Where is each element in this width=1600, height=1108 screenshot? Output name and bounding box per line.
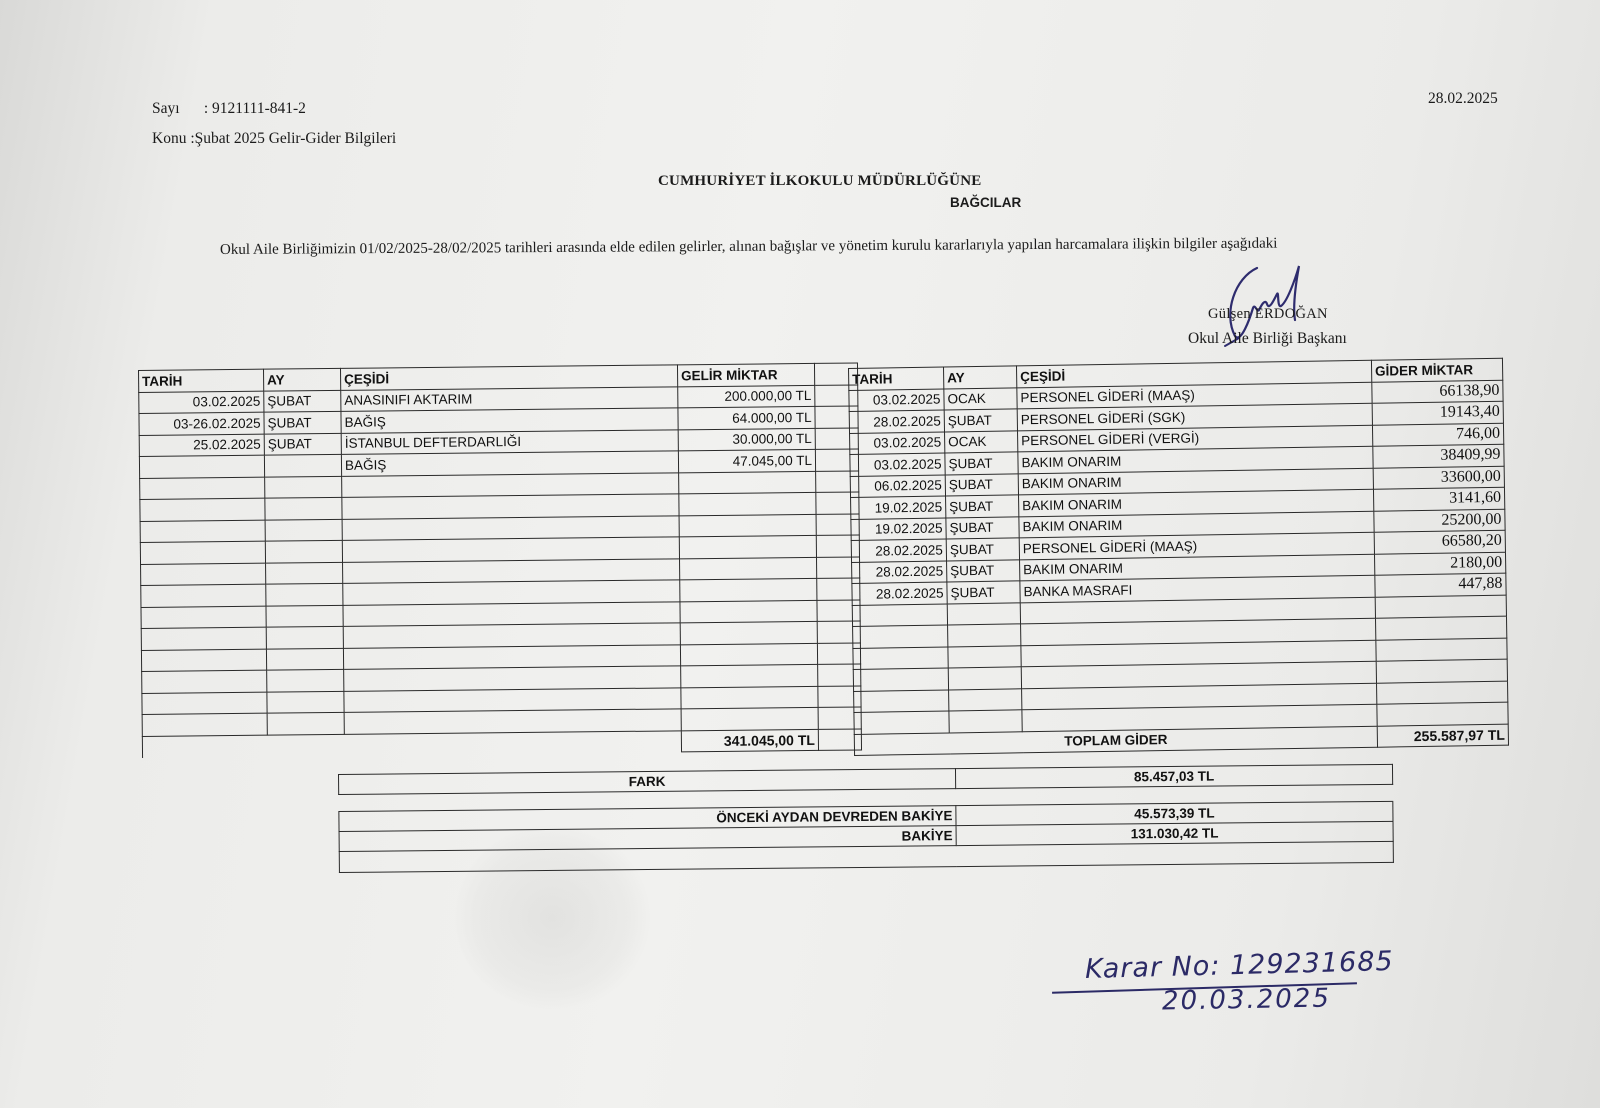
document-page: Sayı : 9121111-841-2 Konu :Şubat 2025 Ge… bbox=[0, 0, 1600, 1108]
income-header-month: AY bbox=[263, 368, 340, 390]
empty-cell bbox=[948, 645, 1021, 668]
expense-date: 28.02.2025 bbox=[852, 582, 947, 605]
expense-month: OCAK bbox=[944, 387, 1017, 410]
empty-cell bbox=[140, 541, 265, 564]
expense-total: 255.587,97 TL bbox=[1377, 724, 1508, 748]
empty-cell bbox=[949, 710, 1022, 733]
expense-header-date: TARİH bbox=[849, 367, 944, 390]
konu-line: Konu :Şubat 2025 Gelir-Gider Bilgileri bbox=[152, 124, 396, 154]
empty-cell bbox=[140, 520, 265, 543]
income-month: ŞUBAT bbox=[264, 390, 341, 412]
empty-cell bbox=[266, 648, 343, 670]
empty-cell bbox=[679, 492, 816, 515]
addressee-subtitle: BAĞCILAR bbox=[950, 195, 1021, 210]
empty-cell bbox=[1376, 638, 1507, 662]
handwritten-decision-date: 20.03.2025 bbox=[1162, 984, 1331, 1017]
expense-header-month: AY bbox=[943, 366, 1016, 389]
empty-cell bbox=[142, 670, 267, 693]
empty-cell bbox=[680, 600, 817, 623]
empty-cell bbox=[265, 540, 342, 562]
income-month bbox=[264, 454, 341, 476]
empty-cell bbox=[141, 649, 266, 672]
expense-date: 28.02.2025 bbox=[849, 410, 944, 433]
empty-cell bbox=[852, 603, 947, 626]
expense-month: ŞUBAT bbox=[947, 581, 1020, 604]
income-date: 03-26.02.2025 bbox=[139, 412, 264, 435]
sayi-value: : 9121111-841-2 bbox=[204, 100, 306, 117]
empty-cell bbox=[680, 557, 817, 580]
signatory-title: Okul Aile Birliği Başkanı bbox=[1188, 330, 1347, 348]
empty-cell bbox=[1376, 659, 1507, 683]
empty-cell bbox=[141, 584, 266, 607]
expense-header-amount: GİDER MİKTAR bbox=[1371, 358, 1502, 382]
expense-month: ŞUBAT bbox=[945, 473, 1018, 496]
empty-cell bbox=[680, 621, 817, 644]
empty-cell bbox=[853, 668, 948, 691]
income-total-spacer bbox=[142, 730, 681, 757]
income-month: ŞUBAT bbox=[264, 411, 341, 433]
expense-date: 28.02.2025 bbox=[851, 539, 946, 562]
empty-cell bbox=[141, 627, 266, 650]
summary-table: FARK 85.457,03 TL ÖNCEKİ AYDAN DEVREDEN … bbox=[338, 764, 1394, 873]
empty-cell bbox=[1375, 595, 1506, 619]
empty-cell bbox=[142, 713, 267, 736]
expense-amount: 447,88 bbox=[1375, 573, 1506, 597]
document-date: 28.02.2025 bbox=[1428, 90, 1498, 108]
income-amount: 47.045,00 TL bbox=[678, 449, 815, 472]
empty-cell bbox=[265, 519, 342, 541]
expense-date: 19.02.2025 bbox=[851, 496, 946, 519]
income-amount: 200.000,00 TL bbox=[678, 385, 815, 408]
expense-month: ŞUBAT bbox=[947, 559, 1020, 582]
expense-month: ŞUBAT bbox=[944, 409, 1017, 432]
empty-cell bbox=[680, 578, 817, 601]
konu-value: :Şubat 2025 Gelir-Gider Bilgileri bbox=[190, 130, 396, 147]
empty-cell bbox=[947, 602, 1020, 625]
sayi-line: Sayı : 9121111-841-2 bbox=[152, 94, 396, 124]
expense-table: TARİH AY ÇEŞİDİ GİDER MİKTAR 03.02.2025O… bbox=[848, 358, 1509, 756]
empty-cell bbox=[854, 689, 949, 712]
empty-cell bbox=[949, 688, 1022, 711]
konu-label: Konu bbox=[152, 130, 186, 147]
empty-cell bbox=[141, 563, 266, 586]
empty-cell bbox=[681, 707, 818, 730]
empty-cell bbox=[681, 686, 818, 709]
income-total: 341.045,00 TL bbox=[681, 729, 818, 752]
income-date bbox=[139, 455, 264, 478]
empty-cell bbox=[854, 711, 949, 734]
empty-cell bbox=[680, 643, 817, 666]
empty-cell bbox=[679, 535, 816, 558]
empty-cell bbox=[266, 605, 343, 627]
empty-cell bbox=[266, 562, 343, 584]
empty-cell bbox=[681, 664, 818, 687]
empty-cell bbox=[853, 646, 948, 669]
empty-cell bbox=[679, 514, 816, 537]
expense-amount: 746,00 bbox=[1372, 423, 1503, 447]
signatory-name: Gülşen ERDOĞAN bbox=[1208, 306, 1328, 323]
income-date: 03.02.2025 bbox=[139, 391, 264, 414]
empty-cell bbox=[140, 477, 265, 500]
empty-cell bbox=[265, 476, 342, 498]
expense-date: 03.02.2025 bbox=[850, 453, 945, 476]
body-paragraph: Okul Aile Birliğimizin 01/02/2025-28/02/… bbox=[220, 236, 1278, 259]
expense-amount: 2180,00 bbox=[1374, 552, 1505, 576]
expense-month: ŞUBAT bbox=[946, 495, 1019, 518]
empty-cell bbox=[948, 624, 1021, 647]
income-date: 25.02.2025 bbox=[139, 434, 264, 457]
handwritten-decision-number: Karar No: 129231685 bbox=[1085, 946, 1394, 985]
empty-cell bbox=[266, 626, 343, 648]
empty-cell bbox=[142, 692, 267, 715]
empty-cell bbox=[265, 497, 342, 519]
expense-month: OCAK bbox=[945, 430, 1018, 453]
expense-amount: 66138,90 bbox=[1372, 380, 1503, 404]
expense-amount: 19143,40 bbox=[1372, 401, 1503, 425]
empty-cell bbox=[267, 669, 344, 691]
income-header-date: TARİH bbox=[139, 369, 264, 392]
sayi-label: Sayı bbox=[152, 94, 200, 124]
addressee-title: CUMHURİYET İLKOKULU MÜDÜRLÜĞÜNE bbox=[658, 173, 981, 190]
expense-date: 03.02.2025 bbox=[850, 431, 945, 454]
empty-cell bbox=[140, 498, 265, 521]
expense-amount: 38409,99 bbox=[1373, 444, 1504, 468]
expense-month: ŞUBAT bbox=[946, 538, 1019, 561]
expense-month: ŞUBAT bbox=[945, 452, 1018, 475]
empty-cell bbox=[679, 471, 816, 494]
empty-cell bbox=[1377, 702, 1508, 726]
expense-date: 28.02.2025 bbox=[852, 560, 947, 583]
income-amount: 64.000,00 TL bbox=[678, 406, 815, 429]
income-amount: 30.000,00 TL bbox=[678, 428, 815, 451]
expense-date: 03.02.2025 bbox=[849, 388, 944, 411]
empty-cell bbox=[948, 667, 1021, 690]
income-table: TARİH AY ÇEŞİDİ GELİR MİKTAR 03.02.2025Ş… bbox=[138, 362, 862, 758]
empty-cell bbox=[1375, 616, 1506, 640]
expense-month: ŞUBAT bbox=[946, 516, 1019, 539]
document-header: Sayı : 9121111-841-2 Konu :Şubat 2025 Ge… bbox=[152, 94, 396, 154]
empty-cell bbox=[267, 712, 344, 734]
empty-cell bbox=[266, 583, 343, 605]
expense-amount: 66580,20 bbox=[1374, 530, 1505, 554]
income-month: ŞUBAT bbox=[264, 433, 341, 455]
expense-date: 19.02.2025 bbox=[851, 517, 946, 540]
empty-cell bbox=[853, 625, 948, 648]
empty-cell bbox=[141, 606, 266, 629]
expense-amount: 25200,00 bbox=[1374, 509, 1505, 533]
expense-date: 06.02.2025 bbox=[850, 474, 945, 497]
empty-cell bbox=[267, 691, 344, 713]
income-header-amount: GELİR MİKTAR bbox=[677, 363, 814, 386]
empty-cell bbox=[1377, 681, 1508, 705]
expense-amount: 3141,60 bbox=[1373, 487, 1504, 511]
expense-amount: 33600,00 bbox=[1373, 466, 1504, 490]
